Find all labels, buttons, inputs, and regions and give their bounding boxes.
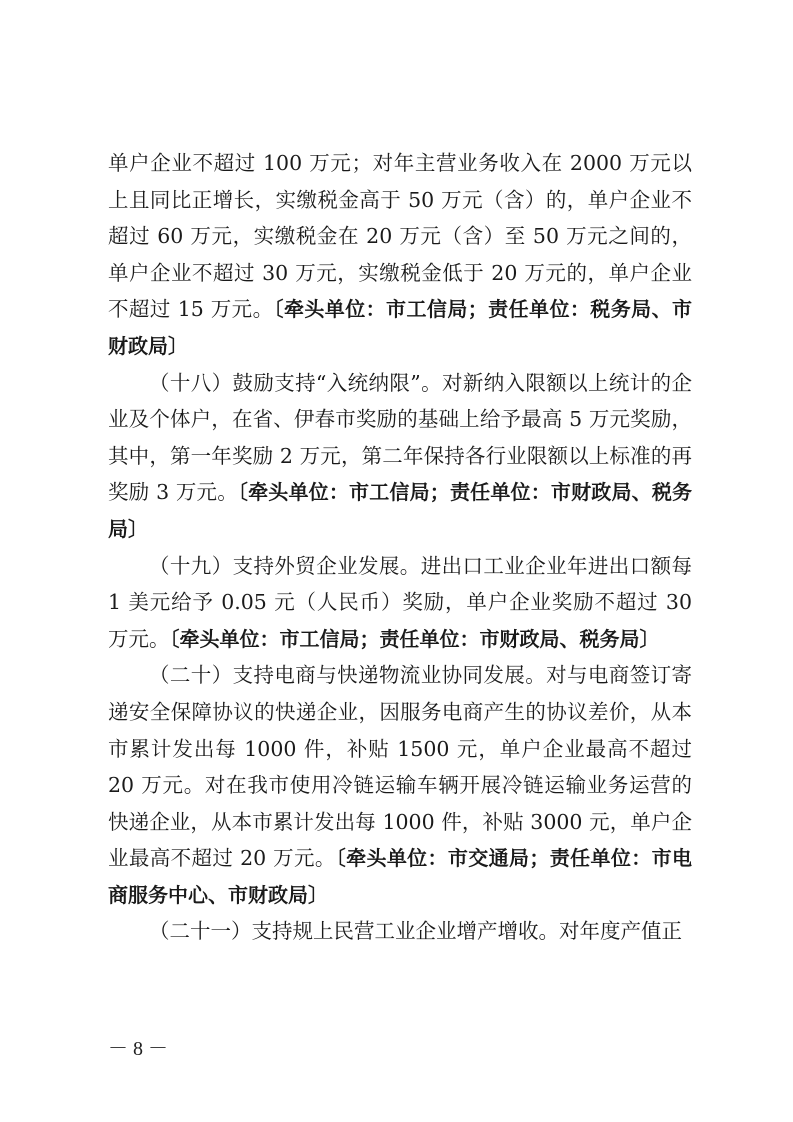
paragraph-continued-tax-reward: 单户企业不超过 100 万元；对年主营业务收入在 2000 万元以上且同比正增长… — [108, 145, 692, 365]
paragraph-lead: （十九）支持外贸企业发展。 — [149, 554, 421, 578]
paragraph-lead: （十八）鼓励支持“入统纳限”。 — [149, 371, 442, 395]
responsibility-units: 〔牵头单位：市工信局；责任单位：市财政局、税务局〕 — [170, 627, 660, 651]
paragraph-lead: （二十一）支持规上民营工业企业增产增收。 — [149, 919, 559, 943]
paragraph-19-foreign-trade: （十九）支持外贸企业发展。进出口工业企业年进出口额每 1 美元给予 0.05 元… — [108, 548, 692, 658]
document-body: 单户企业不超过 100 万元；对年主营业务收入在 2000 万元以上且同比正增长… — [108, 145, 692, 950]
paragraph-body: 对年度产值正 — [559, 919, 682, 943]
paragraph-lead: （二十）支持电商与快递物流业协同发展。 — [149, 663, 546, 687]
paragraph-body: 单户企业不超过 100 万元；对年主营业务收入在 2000 万元以上且同比正增长… — [108, 151, 692, 321]
document-page: 单户企业不超过 100 万元；对年主营业务收入在 2000 万元以上且同比正增长… — [0, 0, 793, 1122]
page-number: － 8 － — [108, 1032, 168, 1061]
paragraph-20-ecommerce-logistics: （二十）支持电商与快递物流业协同发展。对与电商签订寄递安全保障协议的快递企业，因… — [108, 657, 692, 913]
paragraph-21-private-industry: （二十一）支持规上民营工业企业增产增收。对年度产值正 — [108, 913, 692, 950]
paragraph-body: 对与电商签订寄递安全保障协议的快递企业，因服务电商产生的协议差价，从本市累计发出… — [108, 663, 692, 870]
paragraph-18-statistics-inclusion: （十八）鼓励支持“入统纳限”。对新纳入限额以上统计的企业及个体户，在省、伊春市奖… — [108, 365, 692, 548]
